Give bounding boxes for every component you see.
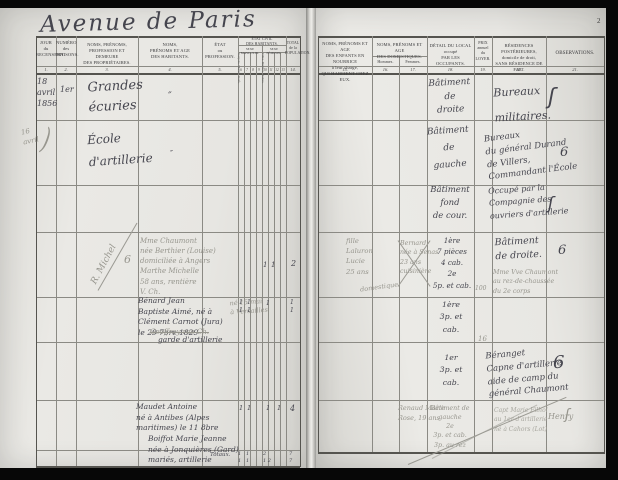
lodging-detail: 1ère 7 pièces 4 cab. 2e 5p. et cab.	[432, 235, 472, 291]
owner-name: École d'artillerie	[87, 126, 154, 174]
totals-value: 7 7	[289, 451, 292, 464]
entry-date: 18 avril 1856	[37, 77, 57, 109]
grid-line	[318, 297, 604, 298]
rent-amount: 16	[478, 334, 487, 344]
observation-mark: 6	[553, 350, 564, 376]
residence-pencil-note: Capt Marie Filhol au 1er d'artillerie né…	[494, 406, 548, 434]
inhabitant-entry: Maudet Antoine né à Antibes (Alpes marit…	[136, 402, 218, 434]
profession-note: garde d'artillerie	[158, 335, 222, 346]
tally-mark: 1	[239, 404, 243, 413]
ditto-mark: ″	[168, 90, 172, 105]
row-total: 1 1	[290, 299, 294, 315]
grid-line	[286, 36, 287, 466]
tally-mark: 1	[271, 260, 275, 270]
column-numbers-etat-civil: 6 7 8 9 10 11 12 13	[238, 68, 286, 72]
tally-mark: 1	[277, 404, 281, 413]
tally-mark: 1	[266, 300, 270, 309]
folio-number: 2	[597, 16, 601, 26]
building-entry: Bâtiment de gauche	[424, 121, 473, 175]
tally-mark: 1	[263, 260, 267, 270]
header-femmes: Femmes.	[399, 59, 427, 64]
row-total: 4	[290, 403, 295, 415]
totals-value: 2 1 2	[263, 451, 271, 464]
grid-line	[36, 466, 300, 468]
header-habitants: NOMS, PRÉNOMS ET AGE DES HABITANTS.	[140, 42, 200, 60]
grid-line	[238, 36, 239, 466]
scan-border-bottom	[0, 468, 618, 480]
book-gutter	[306, 8, 316, 468]
header-profession: ÉTAT ou PROFESSION.	[203, 42, 237, 60]
column-number: 17.	[399, 67, 427, 72]
column-number: 19.	[474, 67, 492, 72]
grid-line	[256, 52, 257, 466]
lodging-detail: Bâtiment de gauche 2e 3p. et cab. 3p. au…	[428, 404, 472, 450]
owner-name: Grandes écuries	[87, 76, 144, 118]
residence-entry: Bâtiment de droite.	[494, 234, 542, 265]
lodging-detail: 1er 3p. et cab.	[436, 352, 466, 389]
house-number: 1er	[60, 84, 74, 96]
header-observations: OBSERVATIONS.	[546, 51, 604, 58]
header-detail-local: DÉTAIL DU LOCAL occupé PAR LES OCCUPANTS…	[427, 43, 474, 67]
row-total: 2	[291, 258, 296, 270]
residence-entry: Occupé par la Compagnie des ouvriers d'a…	[488, 180, 569, 223]
header-enfants: NOMS, PRÉNOMS ET AGE DES ENFANTS EN NOUR…	[318, 41, 372, 83]
grid-line	[318, 452, 604, 454]
inhabitant-entry: Mme Chaumont née Berthier (Louise) domic…	[140, 236, 216, 297]
census-register-scan: Avenue de Paris 2 JOUR du RECENSEMT. NUM…	[0, 0, 618, 480]
flourish-mark: ʃ	[548, 82, 555, 114]
inhabitant-entry: Boiffot Marie Jeanne née à Jonquières (G…	[148, 434, 239, 466]
grid-line	[318, 232, 604, 233]
ditto-mark: ″	[170, 148, 173, 160]
residence-entry: Bureaux militaires.	[493, 78, 552, 131]
header-hommes: Hommes.	[372, 59, 399, 64]
flourish-mark: ʃ	[548, 192, 554, 217]
header-prix-loyer: PRIX annuel du LOYER.	[474, 40, 492, 61]
column-number: 21.	[546, 67, 604, 72]
grid-line	[274, 52, 275, 466]
tally-mark: 1 1	[239, 299, 243, 315]
column-number: 4.	[138, 67, 202, 72]
lodging-detail: 1ère 3p. et cab.	[436, 299, 466, 336]
grid-line	[318, 36, 604, 38]
column-number: 20.	[492, 67, 546, 72]
header-sexe-feminin: SEXE FÉMININ.	[262, 47, 286, 55]
column-number: 15.	[318, 67, 372, 72]
column-number: 16.	[372, 67, 399, 72]
totals-value: 1 1	[246, 451, 249, 464]
column-number: 5.	[202, 67, 238, 72]
margin-number: 6	[124, 252, 131, 268]
tally-mark: 1	[247, 404, 251, 413]
header-proprietaires: NOMS, PRÉNOMS, PROFESSION ET DEMEURE DES…	[78, 42, 136, 66]
building-entry: Bâtiment fond de cour.	[428, 184, 472, 224]
column-number: 18.	[427, 67, 474, 72]
header-numero: NUMÉRO des MAISONS.	[56, 40, 76, 58]
header-etat-civil: ÉTAT CIVIL DES HABITANTS.	[238, 37, 286, 47]
scan-border-right	[606, 0, 618, 480]
grid-line	[262, 45, 263, 466]
grid-line	[318, 120, 604, 121]
building-entry: Bâtiment de droite	[427, 76, 473, 119]
observation-mark: 6	[558, 242, 566, 261]
tally-mark: 1	[266, 404, 270, 413]
grid-line	[318, 36, 319, 454]
observation-mark: 6	[560, 144, 568, 163]
flourish-mark: ʃ	[565, 405, 570, 425]
column-number: 1.	[36, 67, 56, 72]
header-jour: JOUR du RECENSEMT.	[36, 40, 56, 58]
grid-line	[474, 36, 475, 452]
grid-line	[76, 36, 77, 466]
column-number: 3.	[76, 67, 138, 72]
totals-label: Totaux.	[210, 452, 230, 460]
residence-pencil-note: Mme Vve Chaumont au rez-de-chaussée du 2…	[493, 268, 558, 296]
header-sexe-masculin: SEXE MASCULIN.	[238, 47, 262, 55]
grid-line	[300, 36, 301, 467]
header-total: TOTAL de la POPULATION.	[285, 41, 301, 56]
grid-line	[604, 36, 605, 454]
tally-mark: 1 1	[247, 299, 251, 315]
nursed-child-entry: fille Laluron Lucie 25 ans	[346, 236, 373, 277]
column-number: 14.	[286, 67, 300, 72]
grid-line	[318, 400, 604, 401]
column-number: 2.	[56, 67, 76, 72]
grid-line	[244, 52, 245, 466]
totals-value: 1 1	[238, 451, 241, 464]
header-domestiques: NOMS, PRÉNOMS ET AGE DES DOMESTIQUES.	[372, 42, 427, 60]
rent-amount: 100	[475, 285, 486, 294]
